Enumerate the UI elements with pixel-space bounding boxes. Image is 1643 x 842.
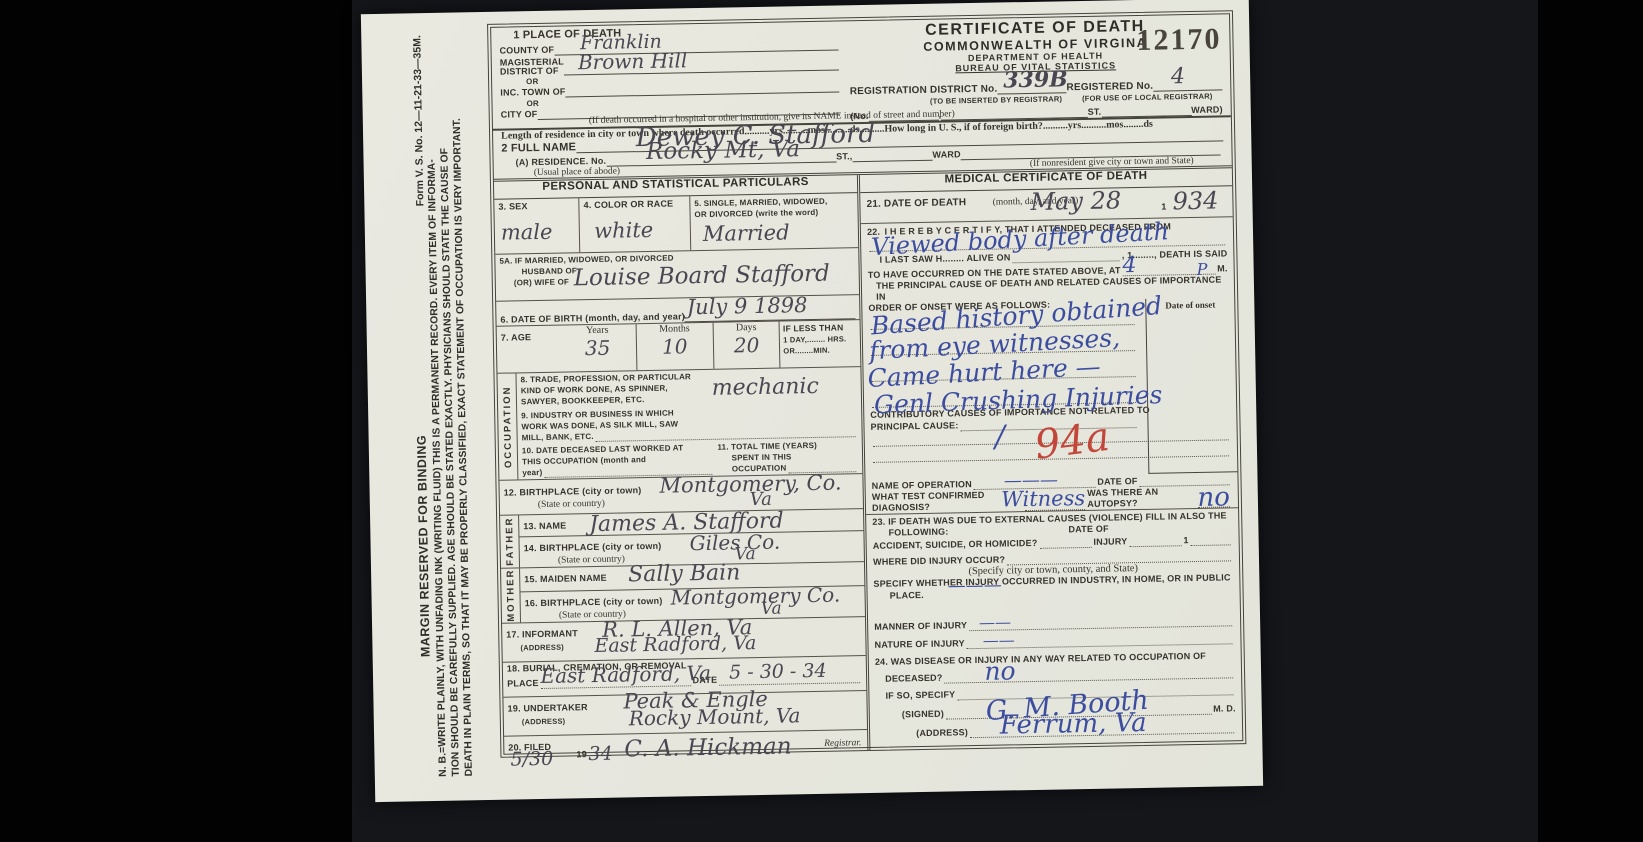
occupation-vertical-text: OCCUPATION [501,385,514,468]
deceased-label: DECEASED? [885,673,943,685]
sex-value: male [501,219,576,244]
mother-birthplace-value: Montgomery Co. [670,583,840,610]
main-columns: PERSONAL AND STATISTICAL PARTICULARS 3. … [494,168,1242,756]
margin-note: N. B.=WRITE PLAINLY, WITH UNFADING INK (… [423,32,476,777]
district-label: MAGISTERIAL DISTRICT OF [500,57,565,76]
age-days-value: 20 [714,333,780,358]
ifso-label: IF SO, SPECIFY [885,689,955,701]
manner-nature-block: MANNER OF INJURY —— NATURE OF INJURY —— [868,608,1241,655]
total-time-field: 11. TOTAL TIME (YEARS) SPENT IN THIS OCC… [713,439,858,475]
test-blank: Witness [1025,499,1085,511]
signed-label: (SIGNED) [902,709,944,721]
injury-blank [1129,535,1181,547]
reg-district-blank: 339B [997,80,1066,94]
informant-address-value: East Radford, Va [594,632,756,657]
district-value: Brown Hill [578,48,688,74]
sex-cell: 3. SEX male [494,198,580,254]
contributory-label-2: PRINCIPAL CAUSE: [871,420,959,433]
informant-label: 17. INFORMANT [506,628,578,639]
father-fields: 13. NAME James A. Stafford 14. BIRTHPLAC… [519,509,864,567]
title-block: CERTIFICATE OF DEATH COMMONWEALTH OF VIR… [845,14,1231,122]
age-days-cell: Days 20 [712,322,779,369]
occupation-group: OCCUPATION 8. TRADE, PROFESSION, OR PART… [497,367,862,481]
last-worked-label-3: year) [522,467,542,478]
mother-vertical-text: MOTHER [505,569,517,622]
filed-year-value: 34 [588,743,613,765]
last-saw-label-b: , 1........, DEATH IS SAID [1122,248,1228,261]
injury-one: 1 [1183,535,1188,546]
filed-registrar-signature: C. A. Hickman [624,733,792,762]
age-months-cell: Months 10 [635,323,713,370]
manner-dash: —— [979,612,1011,632]
filed-19: 19 [576,749,587,760]
age-years-cell: Years 35 [559,324,636,371]
date-of-death-label: 21. DATE OF DEATH [866,197,966,210]
registered-value: 4 [1171,64,1185,89]
no-blank [868,108,938,122]
filed-date-value: 5/30 [510,748,553,771]
age-label: 7. AGE [501,332,532,343]
undertaker-row: 19. UNDERTAKER (ADDRESS) Peak & Engle Ro… [503,691,867,737]
marital-value: Married [703,219,855,246]
injury-label: INJURY [1093,536,1127,548]
if-less-cell: IF LESS THAN 1 DAY,........ HRS. OR.....… [779,320,861,367]
residence-st-label: ST., [836,151,853,162]
certificate-form: 1 PLACE OF DEATH COUNTY OF Franklin MAGI… [487,10,1246,758]
race-cell: 4. COLOR OR RACE white [579,196,691,252]
undertaker-address-value: Rocky Mount, Va [629,703,801,730]
industry-label-3: MILL, BANK, ETC. [522,431,594,443]
autopsy-value: no [1197,482,1230,513]
autopsy-blank: no [1197,496,1230,508]
test-value: Witness [1001,486,1085,512]
mother-birthplace-state: Va [761,599,782,619]
address-label: (ADDRESS) [916,727,968,739]
race-label: 4. COLOR OR RACE [584,198,686,211]
date-of-death-year: 934 [1172,187,1218,216]
undertaker-label: 19. UNDERTAKER [508,702,588,713]
accident-blank [1039,537,1091,549]
age-row: 7. AGE Years 35 Months 10 Days 20 [497,320,861,374]
father-name-label: 13. NAME [523,521,566,532]
nature-dash: —— [983,630,1015,650]
mother-name-label: 15. MAIDEN NAME [524,573,607,585]
trade-field: 8. TRADE, PROFESSION, OR PARTICULAR KIND… [516,367,861,409]
injury-blank-2 [1191,534,1231,546]
external-causes-block: 23. IF DEATH WAS DUE TO EXTERNAL CAUSES … [866,508,1240,615]
scanned-document-scene: MARGIN RESERVED FOR BINDING Form V. S. N… [0,0,1643,842]
father-birthplace-label: 14. BIRTHPLACE (city or town) [524,541,662,554]
date-of-death-19: 1 [1161,201,1166,212]
occupation-related-block: 24. WAS DISEASE OR INJURY IN ANY WAY REL… [869,648,1243,750]
city-label: CITY OF [501,109,538,121]
spouse-value: Louise Board Stafford [573,261,830,292]
registered-blank: 4 [1153,77,1222,91]
ifless-2: 1 DAY,........ HRS. [783,333,857,345]
certificate-paper: MARGIN RESERVED FOR BINDING Form V. S. N… [361,0,1263,802]
contributory-slash: / [994,419,1005,454]
ifless-3: OR........MIN. [783,344,857,356]
residence-value: Rocky Mt, Va [646,136,800,165]
father-vertical-label: FATHER [500,515,520,567]
nature-blank: —— [967,633,1233,649]
street-blank [941,105,1088,121]
mother-birthplace-label: 16. BIRTHPLACE (city or town) [525,596,663,609]
operation-date-label: DATE OF [1097,476,1137,488]
father-group: FATHER 13. NAME James A. Stafford 14. BI… [500,509,864,569]
burial-place-label: PLACE [507,678,539,690]
mother-name-value: Sally Bain [628,560,741,587]
sex-race-marital-row: 3. SEX male 4. COLOR OR RACE white 5. SI… [494,193,858,255]
binding-margin: MARGIN RESERVED FOR BINDING Form V. S. N… [367,32,497,778]
ampm-value: P [1196,260,1207,279]
residence-st-blank [852,148,932,162]
occurred-blank: 4P [1123,264,1216,277]
m-label: M. [1217,263,1228,274]
occupation-fields: 8. TRADE, PROFESSION, OR PARTICULAR KIND… [516,367,862,479]
medical-column: MEDICAL CERTIFICATE OF DEATH 21. DATE OF… [860,168,1242,750]
marital-label-2: OR DIVORCED (write the word) [694,206,853,220]
address-blank: Ferrum, Va [970,722,1234,738]
st-label: ST. [1088,107,1102,118]
registrar-caption: Registrar. [824,738,861,749]
marital-cell: 5. SINGLE, MARRIED, WIDOWED, OR DIVORCED… [690,193,858,250]
personal-column: PERSONAL AND STATISTICAL PARTICULARS 3. … [494,175,871,757]
date-of-onset-label: Date of onset [1165,300,1215,311]
birthdate-value: July 9 1898 [687,293,808,319]
cause-code-value: 94a [1032,414,1112,469]
autopsy-label: WAS THERE AN AUTOPSY? [1087,486,1196,510]
ward-label: WARD) [1191,104,1223,116]
birthplace-value-state: Va [750,489,772,510]
specify-dash: ——— [948,575,1002,597]
county-label: COUNTY OF [499,45,554,57]
birthplace-label-1: 12. BIRTHPLACE (city or town) [504,485,642,498]
district-label-2: DISTRICT OF [500,66,559,77]
age-years-value: 35 [559,335,636,360]
hour-value: 4 [1122,253,1136,278]
residence-ward-label: WARD [932,149,960,161]
md-label: M. D. [1213,703,1236,714]
sex-label: 3. SEX [498,200,574,212]
occupation-vertical-label: OCCUPATION [497,373,518,479]
abode-note: (Usual place of abode) [534,166,620,178]
specify-label-2: PLACE. [890,590,924,602]
date-of-death-value: May 28 [1030,186,1121,216]
header-section: 1 PLACE OF DEATH COUNTY OF Franklin MAGI… [491,14,1231,131]
external-label-2: FOLLOWING: [888,527,948,539]
certify-block: 22. I H E R E B Y C E R T I F Y, THAT I … [861,217,1234,304]
race-value: white [594,217,686,243]
address-value: Ferrum, Va [1000,708,1147,741]
st-blank [1101,103,1191,118]
burial-place-blank: East Radford, Va [541,675,691,689]
trade-value: mechanic [712,374,819,401]
external-dateof-label: DATE OF [1068,524,1108,536]
reg-district-value: 339B [1003,66,1068,93]
cause-area: Date of onset Based history obtained fro… [862,297,1237,470]
mother-group: MOTHER 15. MAIDEN NAME Sally Bain 16. BI… [501,562,865,624]
father-vertical-text: FATHER [504,517,516,566]
occupation-related-value: no [984,656,1016,686]
age-months-value: 10 [636,334,713,359]
nonresident-note: (If nonresident give city or town and St… [1030,156,1194,169]
mother-fields: 15. MAIDEN NAME Sally Bain 16. BIRTHPLAC… [520,562,865,622]
age-cell: 7. AGE [497,326,560,373]
serial-number-stamp: 12170 [1136,22,1222,58]
place-of-death-block: 1 PLACE OF DEATH COUNTY OF Franklin MAGI… [491,21,846,128]
burial-place-value: East Radford, Va [540,661,711,688]
nature-label: NATURE OF INJURY [875,638,965,651]
mother-vertical-label: MOTHER [501,568,521,622]
burial-date-blank: 5 - 30 - 34 [719,672,860,686]
burial-date-value: 5 - 30 - 34 [729,660,827,684]
informant-row: 17. INFORMANT (ADDRESS) R. L. Allen, Va … [502,617,866,663]
manner-label: MANNER OF INJURY [874,620,967,633]
inc-town-label: INC. TOWN OF [500,86,565,98]
